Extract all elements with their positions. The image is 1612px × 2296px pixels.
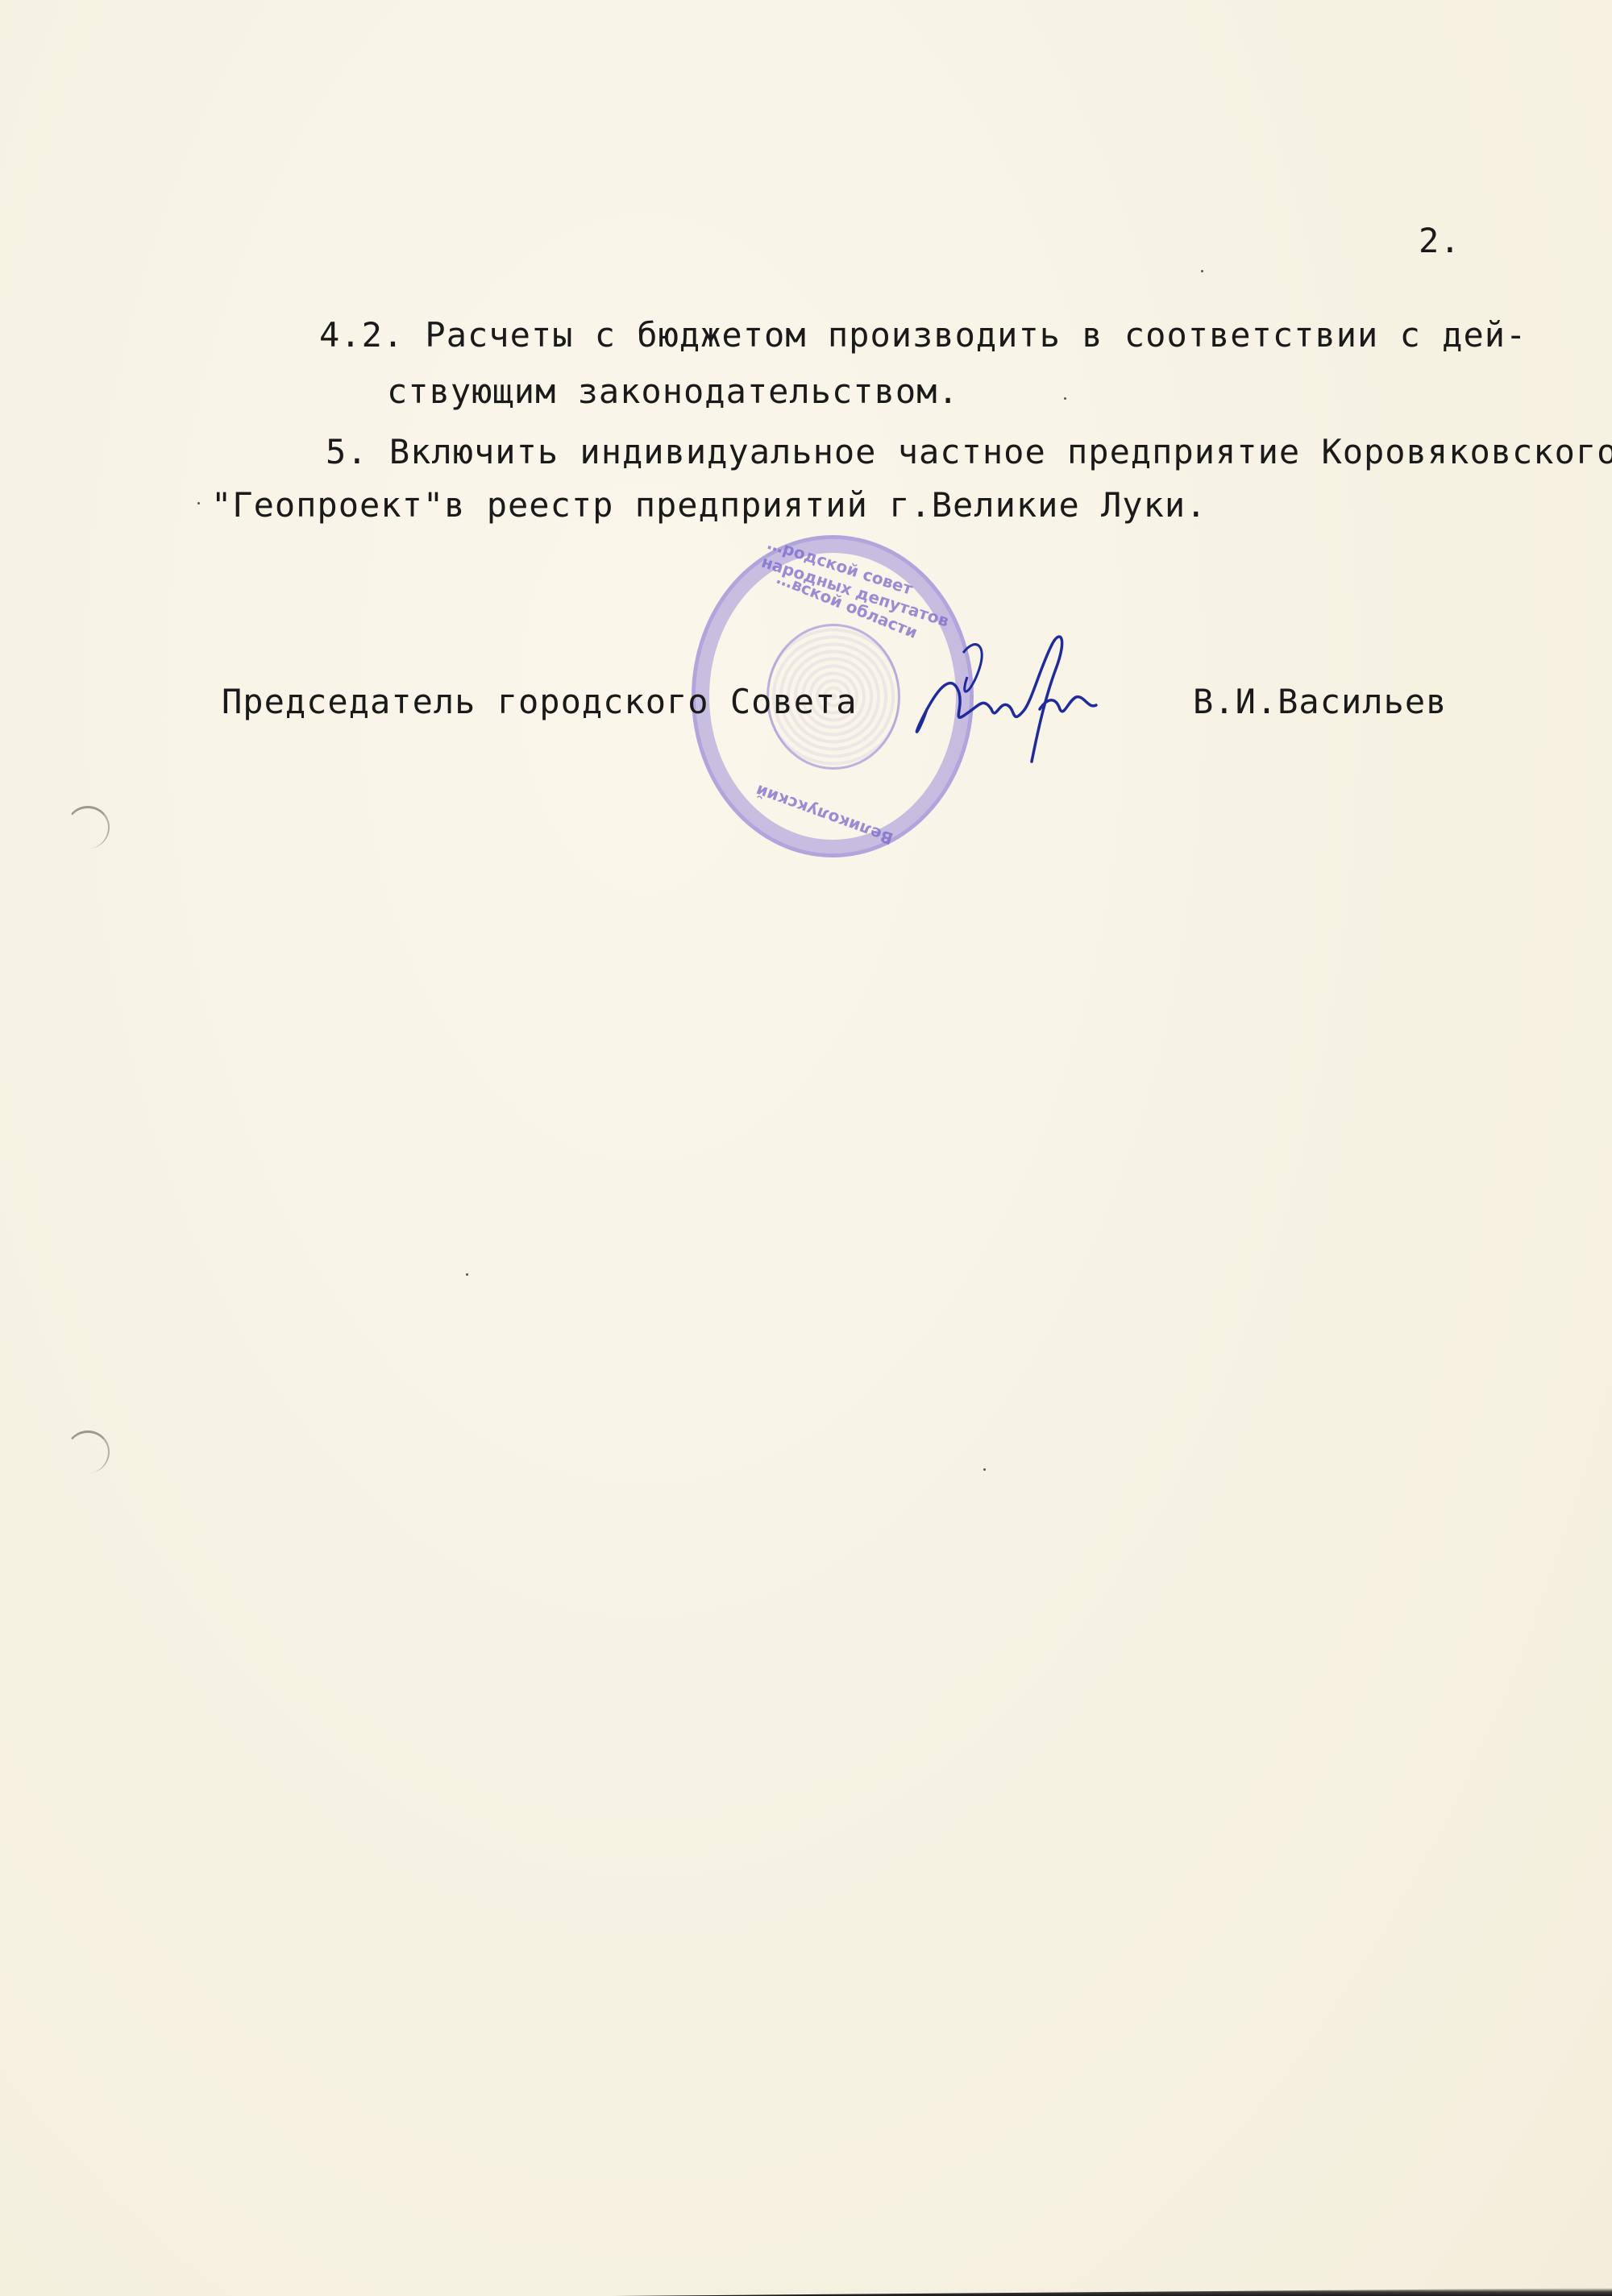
hole-punch-mark xyxy=(66,1430,110,1473)
scan-bottom-edge xyxy=(613,2288,1612,2296)
ink-speck xyxy=(466,1273,468,1276)
paragraph-5-line-2: "Геопроект"в реестр предприятий г.Велики… xyxy=(211,488,1207,522)
stamp-text-bottom: Великолукский xyxy=(753,781,895,849)
ink-speck xyxy=(983,1468,986,1471)
document-page: 2. 4.2. Расчеты с бюджетом производить в… xyxy=(0,0,1612,2296)
hole-punch-mark xyxy=(66,806,110,849)
paragraph-5-line-1: 5. Включить индивидуальное частное предп… xyxy=(326,435,1612,469)
ink-speck xyxy=(1064,397,1066,400)
signatory-title: Председатель городского Совета xyxy=(222,685,858,719)
signatory-name: В.И.Васильев xyxy=(1193,685,1447,719)
page-number: 2. xyxy=(1419,224,1461,258)
ink-speck xyxy=(197,502,200,504)
ink-speck xyxy=(1201,270,1203,272)
handwritten-signature-icon xyxy=(903,621,1145,766)
paragraph-4-2-line-1: 4.2. Расчеты с бюджетом производить в со… xyxy=(319,318,1527,352)
paragraph-4-2-line-2: ствующим законодательством. xyxy=(387,375,959,409)
